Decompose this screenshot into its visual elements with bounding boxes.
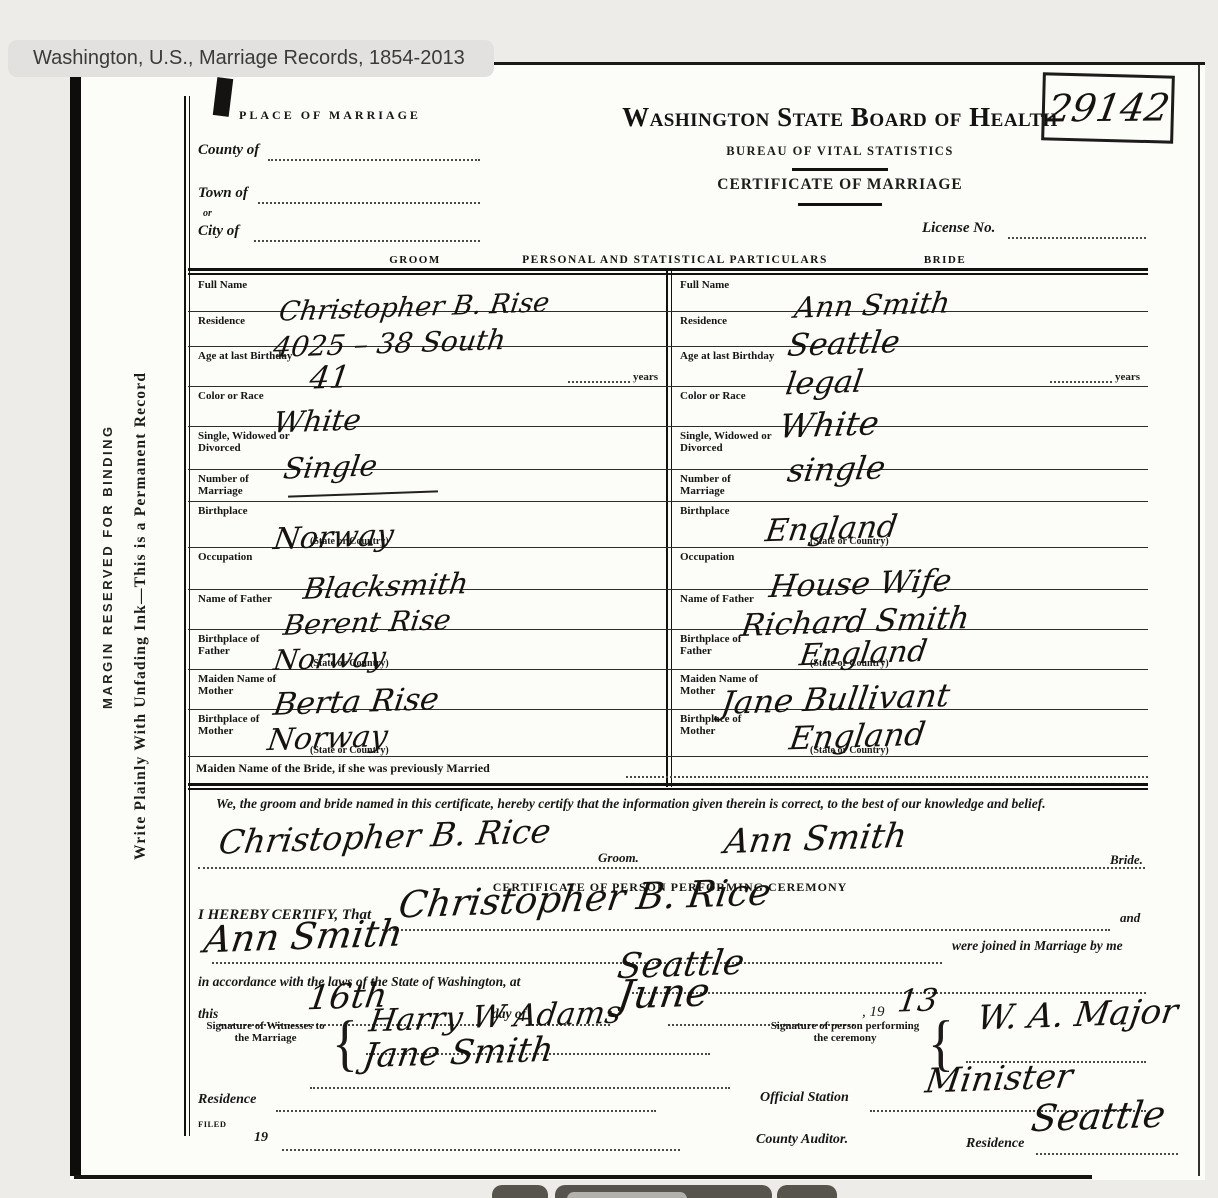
witness-line-2 — [310, 1086, 730, 1089]
bride-signature: Ann Smith — [722, 819, 909, 859]
field-label: Color or Race — [198, 390, 293, 402]
table-row: Name of Father Berent Rise Name of Fathe… — [188, 590, 1148, 630]
field-label: Residence — [680, 315, 775, 327]
scan-bottom-border — [74, 1175, 1092, 1179]
filed-year: 19 — [254, 1130, 268, 1146]
official-station-label: Official Station — [760, 1090, 849, 1106]
ceremony-groom-name: Christopher B. Rice — [396, 874, 773, 924]
certificate-of-marriage-title: CERTIFICATE OF MARRIAGE — [560, 176, 1120, 194]
certificate-rule — [798, 203, 882, 206]
official-station-value: Minister — [923, 1059, 1075, 1098]
field-label: Full Name — [680, 279, 775, 291]
margin-permanent-record-text: Write Plainly With Unfading Ink—This is … — [132, 230, 158, 1002]
county-auditor-label: County Auditor. — [756, 1132, 848, 1148]
and-label: and — [1120, 910, 1140, 926]
maiden-name-line — [626, 775, 1148, 778]
bureau-subtitle: BUREAU OF VITAL STATISTICS — [560, 144, 1120, 159]
table-row: Number of Marriage Number of Marriage — [188, 470, 1148, 502]
county-of-line — [268, 158, 480, 161]
state-or-country-caption: (State or Country) — [310, 536, 389, 547]
toolbar-button-right[interactable] — [777, 1185, 837, 1198]
performer-residence-label: Residence — [966, 1136, 1024, 1152]
particulars-end-rule — [188, 783, 1148, 786]
state-or-country-caption: (State or Country) — [810, 658, 889, 669]
form-border-left-outer — [184, 96, 186, 1136]
toolbar-zoom-controls[interactable] — [555, 1185, 772, 1198]
bride-column-heading: BRIDE — [910, 254, 980, 266]
toolbar-button-left[interactable] — [492, 1185, 548, 1198]
table-row: Residence 4025 – 38 South Residence Seat… — [188, 312, 1148, 347]
witnesses-label: Signature of Witnesses to the Marriage — [203, 1020, 328, 1045]
section-heavy-rule-2 — [188, 273, 1148, 275]
filed-label: FILED — [198, 1120, 226, 1130]
license-no-label: License No. — [922, 220, 995, 237]
groom-signature: Christopher B. Rice — [217, 814, 553, 858]
joined-in-marriage-label: were joined in Marriage by me — [952, 938, 1123, 954]
performer-residence-value: Seattle — [1029, 1096, 1168, 1138]
filed-line — [282, 1148, 680, 1151]
state-or-country-caption: (State or Country) — [810, 536, 889, 547]
table-row: Color or Race White Color or Race White — [188, 387, 1148, 427]
record-viewer-screen: Washington, U.S., Marriage Records, 1854… — [0, 0, 1218, 1198]
field-label: Name of Father — [198, 593, 293, 605]
performer-residence-line — [1036, 1152, 1178, 1155]
field-label: Name of Father — [680, 593, 775, 605]
field-label: Birthplace of Father — [680, 633, 775, 658]
margin-binding-text: MARGIN RESERVED FOR BINDING — [100, 402, 122, 732]
field-label: Color or Race — [680, 390, 775, 402]
county-of-label: County of — [198, 142, 259, 159]
field-label: Occupation — [198, 551, 293, 563]
table-row: Maiden Name of Mother Berta Rise Maiden … — [188, 670, 1148, 710]
field-label: Age at last Birthday — [680, 350, 775, 362]
field-label: Single, Widowed or Divorced — [680, 430, 775, 455]
ceremony-groom-line — [382, 928, 1110, 931]
ceremony-bride-name: Ann Smith — [202, 915, 405, 959]
certification-statement: We, the groom and bride named in this ce… — [198, 795, 1146, 813]
field-label: Birthplace — [198, 505, 293, 517]
board-of-health-title: Washington State Board of Health — [560, 102, 1120, 133]
city-of-line — [254, 239, 480, 242]
toolbar-slider-handle[interactable] — [567, 1192, 687, 1198]
ceremony-month: June — [615, 972, 712, 1015]
collection-title: Washington, U.S., Marriage Records, 1854… — [33, 47, 465, 70]
performer-signature: W. A. Major — [975, 995, 1180, 1036]
table-row: Full Name Christopher B. Rise Full Name … — [188, 276, 1148, 312]
witnesses-brace: { — [332, 1007, 358, 1078]
or-label: or — [203, 208, 212, 219]
license-no-line — [1008, 236, 1146, 239]
town-of-label: Town of — [198, 185, 248, 202]
section-heavy-rule — [188, 268, 1148, 271]
ceremony-bride-line — [212, 961, 942, 964]
performer-label: Signature of person performing the cerem… — [765, 1020, 925, 1045]
field-label: Number of Marriage — [198, 473, 293, 498]
table-row: Birthplace of Father Norway (State or Co… — [188, 630, 1148, 670]
collection-title-tab[interactable]: Washington, U.S., Marriage Records, 1854… — [8, 40, 494, 77]
number-of-marriage-stroke — [288, 490, 438, 497]
groom-signature-label: Groom. — [598, 850, 639, 866]
year-printed-prefix: , 19 — [862, 1004, 885, 1021]
state-or-country-caption: (State or Country) — [310, 745, 389, 756]
document-page: MARGIN RESERVED FOR BINDING Write Plainl… — [70, 62, 1205, 1180]
field-label: Number of Marriage — [680, 473, 775, 498]
years-suffix: years — [568, 371, 658, 383]
field-label: Birthplace — [680, 505, 775, 517]
particulars-heading: PERSONAL AND STATISTICAL PARTICULARS — [495, 254, 855, 266]
state-or-country-caption: (State or Country) — [810, 745, 889, 756]
maiden-name-line-label: Maiden Name of the Bride, if she was pre… — [196, 762, 490, 775]
page-right-rule — [1198, 65, 1200, 1176]
field-label: Full Name — [198, 279, 293, 291]
particulars-end-rule-2 — [188, 788, 1148, 790]
scan-edge-artifact — [70, 76, 81, 1176]
table-row: Age at last Birthday 41 years Age at las… — [188, 347, 1148, 387]
record-number: 29142 — [1044, 89, 1172, 128]
table-row: Single, Widowed or Divorced Single Singl… — [188, 427, 1148, 470]
table-row: Birthplace of Mother Norway (State or Co… — [188, 710, 1148, 757]
years-suffix: years — [1050, 371, 1140, 383]
field-label: Single, Widowed or Divorced — [198, 430, 293, 455]
witness-signature-2: Jane Smith — [361, 1033, 556, 1074]
witness-residence-line — [276, 1109, 656, 1112]
state-or-country-caption: (State or Country) — [310, 658, 389, 669]
table-row: Occupation Blacksmith Occupation House W… — [188, 548, 1148, 590]
field-label: Occupation — [680, 551, 775, 563]
city-of-label: City of — [198, 223, 239, 240]
place-of-marriage-heading: PLACE OF MARRIAGE — [210, 108, 450, 123]
record-number-box: 29142 — [1041, 72, 1175, 143]
signature-line — [198, 866, 1145, 869]
field-label: Residence — [198, 315, 293, 327]
particulars-table: Full Name Christopher B. Rise Full Name … — [188, 276, 1148, 757]
table-row: Birthplace Norway (State or Country) Bir… — [188, 502, 1148, 548]
field-label: Age at last Birthday — [198, 350, 293, 362]
town-of-line — [258, 201, 480, 204]
witness-residence-label: Residence — [198, 1092, 256, 1108]
groom-column-heading: GROOM — [375, 254, 455, 266]
bureau-rule — [792, 168, 888, 171]
field-label: Birthplace of Mother — [680, 713, 775, 738]
